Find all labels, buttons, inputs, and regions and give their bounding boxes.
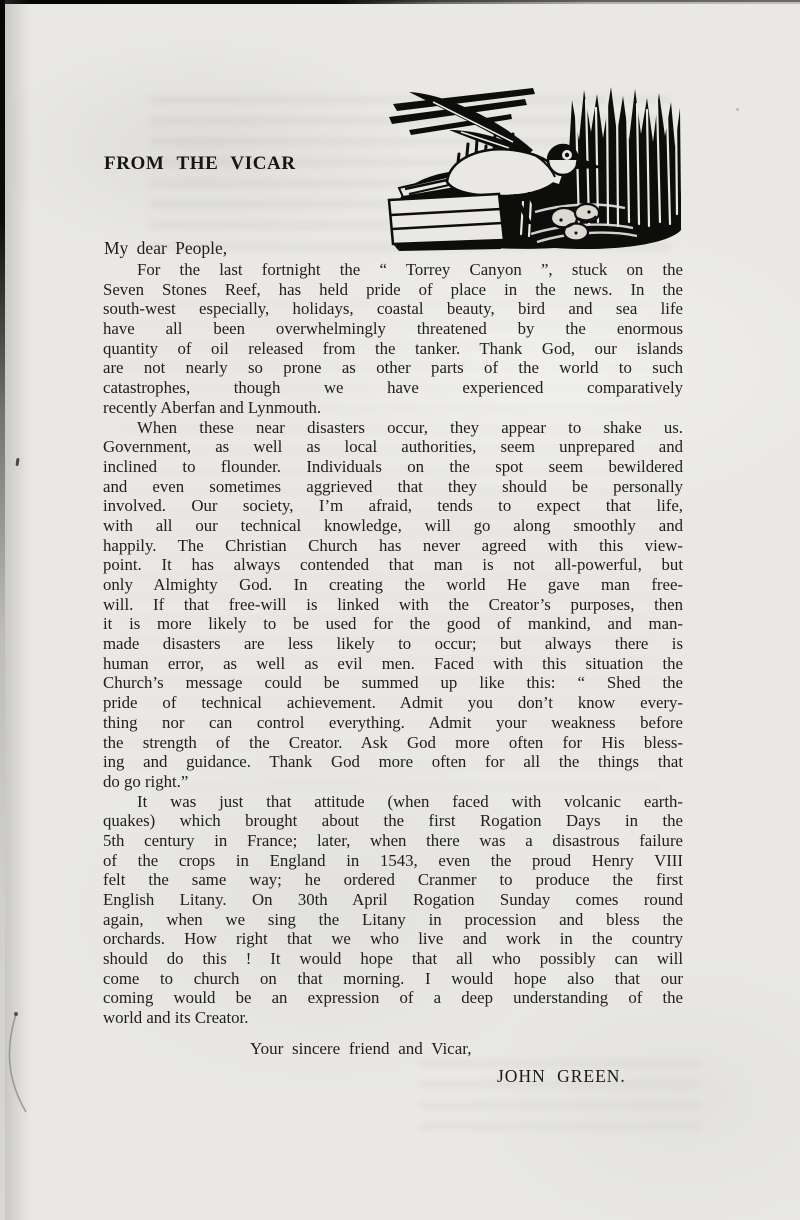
text-line: quakes) which brought about the first Ro… (103, 811, 683, 831)
text-line: only Almighty God. In creating the world… (103, 575, 683, 595)
text-line: coming would be an expression of a deep … (103, 988, 683, 1008)
text-line: made disasters are less likely to occur;… (103, 634, 683, 654)
text-line: south-west especially, holidays, coastal… (103, 299, 683, 319)
text-line: pride of technical achievement. Admit yo… (103, 693, 683, 713)
text-line: do go right.” (103, 772, 683, 792)
closing-line: Your sincere friend and Vicar, (250, 1039, 472, 1059)
text-line: should do this ! It would hope that all … (103, 949, 683, 969)
text-line: point. It has always contended that man … (103, 555, 683, 575)
text-line: come to church on that morning. I would … (103, 969, 683, 989)
text-line: It was just that attitude (when faced wi… (103, 792, 683, 812)
text-line: are not nearly so prone as other parts o… (103, 358, 683, 378)
text-line: again, when we sing the Litany in proces… (103, 910, 683, 930)
text-line: of the crops in England in 1543, even th… (103, 851, 683, 871)
text-line: world and its Creator. (103, 1008, 683, 1028)
text-line: thing nor can control everything. Admit … (103, 713, 683, 733)
text-line: orchards. How right that we who live and… (103, 929, 683, 949)
paragraph: For the last fortnight the “ Torrey Cany… (103, 260, 683, 418)
text-line: human error, as well as evil men. Faced … (103, 654, 683, 674)
text-line: recently Aberfan and Lynmouth. (103, 398, 683, 418)
text-line: felt the same way; he ordered Cranmer to… (103, 870, 683, 890)
text-line: have all been overwhelmingly threatened … (103, 319, 683, 339)
text-line: inclined to flounder. Individuals on the… (103, 457, 683, 477)
scan-hair-artifact (0, 1008, 40, 1118)
text-line: 5th century in France; later, when there… (103, 831, 683, 851)
text-line: and even sometimes aggrieved that they s… (103, 477, 683, 497)
text-line: English Litany. On 30th April Rogation S… (103, 890, 683, 910)
signature-name: JOHN GREEN. (497, 1066, 626, 1087)
scan-edge-top-thin (340, 0, 800, 2)
paragraph: It was just that attitude (when faced wi… (103, 792, 683, 1028)
text-line: Government, as well as local authorities… (103, 437, 683, 457)
ink-speck (736, 108, 739, 111)
page-title: FROM THE VICAR (104, 154, 296, 173)
scanned-letter-page: FROM THE VICAR (0, 0, 800, 1220)
text-line: it is more likely to be used for the goo… (103, 614, 683, 634)
text-line: For the last fortnight the “ Torrey Cany… (103, 260, 683, 280)
text-line: ing and guidance. Thank God more often f… (103, 752, 683, 772)
text-line: involved. Our society, I’m afraid, tends… (103, 496, 683, 516)
letter-body: For the last fortnight the “ Torrey Cany… (103, 260, 683, 1028)
text-line: When these near disasters occur, they ap… (103, 418, 683, 438)
paragraph: When these near disasters occur, they ap… (103, 418, 683, 792)
text-line: with all our technical knowledge, will g… (103, 516, 683, 536)
text-line: the strength of the Creator. Ask God mor… (103, 733, 683, 753)
gull-on-nest-woodcut-illustration (383, 84, 685, 254)
text-line: happily. The Christian Church has never … (103, 536, 683, 556)
text-line: Church’s message could be summed up like… (103, 673, 683, 693)
salutation: My dear People, (104, 240, 227, 258)
text-line: Seven Stones Reef, has held pride of pla… (103, 280, 683, 300)
text-line: will. If that free-will is linked with t… (103, 595, 683, 615)
text-line: catastrophes, though we have experienced… (103, 378, 683, 398)
text-line: quantity of oil released from the tanker… (103, 339, 683, 359)
